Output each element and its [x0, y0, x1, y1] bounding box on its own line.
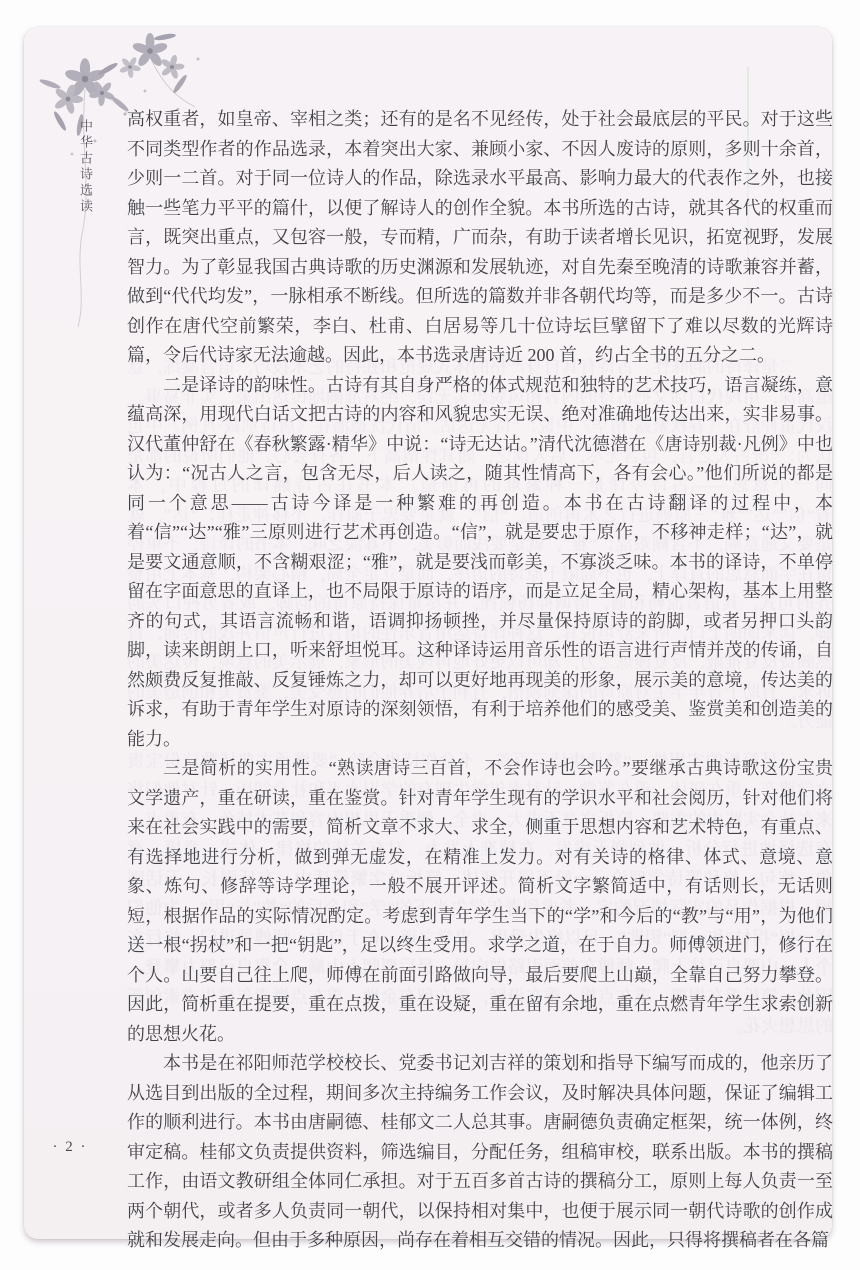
- body-text: 高权重者，如皇帝、宰相之类；还有的是名不见经传，处于社会最底层的平民。对于这些不…: [127, 105, 833, 1256]
- scanned-page: 中华古诗选读 二是译诗的韵味性。古诗有其自身严格的体式规范和独特的艺术技巧，语言…: [24, 27, 832, 1239]
- paragraph-editorial-credits: 本书是在祁阳师范学校校长、党委书记刘吉祥的策划和指导下编写而成的，他亲历了从选目…: [127, 1049, 833, 1256]
- page-number: · 2 ·: [38, 1139, 102, 1156]
- paragraph-translation-flavor: 二是译诗的韵味性。古诗有其自身严格的体式规范和独特的艺术技巧，语言凝练，意蕴高深…: [127, 371, 833, 755]
- paragraph-continuation: 高权重者，如皇帝、宰相之类；还有的是名不见经传，处于社会最底层的平民。对于这些不…: [127, 105, 833, 371]
- scanned-book-page-screenshot: { "spine": { "book_title": "中华古诗选读" }, "…: [0, 0, 860, 1270]
- paragraph-analysis-practicality: 三是简析的实用性。“熟读唐诗三百首，不会作诗也会吟。”要继承古典诗歌这份宝贵文学…: [127, 754, 833, 1049]
- book-title-vertical: 中华古诗选读: [76, 119, 95, 239]
